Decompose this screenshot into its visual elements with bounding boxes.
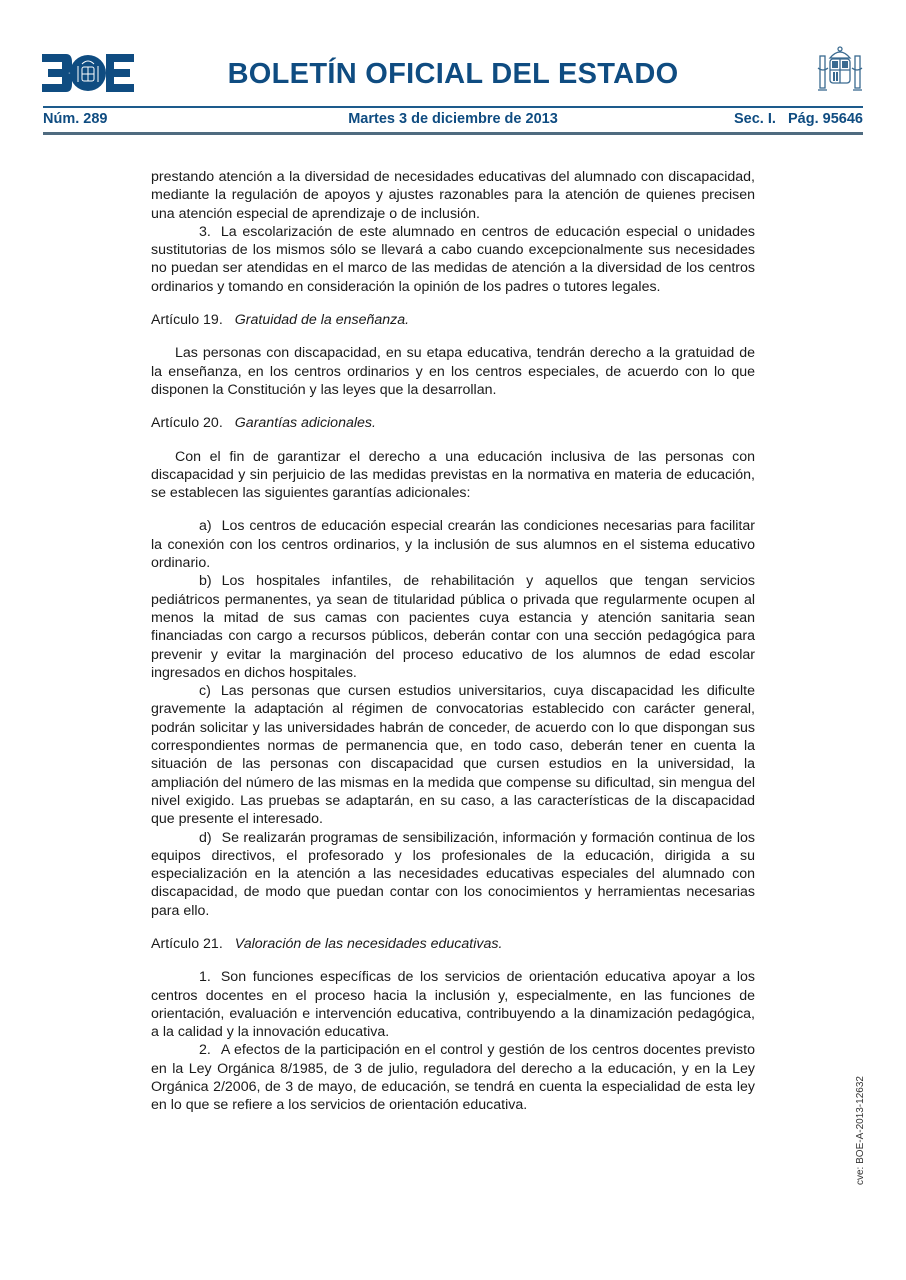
item-text: Son funciones específicas de los servici… — [151, 969, 755, 1040]
article-label: Artículo 20. — [151, 415, 223, 431]
item-label: d) — [175, 829, 212, 847]
item-text: Los hospitales infantiles, de rehabilita… — [151, 573, 755, 680]
list-item: a)Los centros de educación especial crea… — [151, 517, 755, 572]
page-title: BOLETÍN OFICIAL DEL ESTADO — [0, 58, 906, 91]
document-body: prestando atención a la diversidad de ne… — [151, 168, 755, 1115]
item-label: c) — [175, 682, 211, 700]
page-number: Pág. 95646 — [788, 111, 863, 127]
paragraph: Las personas con discapacidad, en su eta… — [151, 344, 755, 399]
article-heading-20: Artículo 20.Garantías adicionales. — [151, 414, 755, 432]
article-title: Garantías adicionales. — [235, 415, 376, 431]
cve-identifier: cve: BOE-A-2013-12632 — [855, 1076, 866, 1185]
section-page: Sec. I. Pág. 95646 — [734, 111, 863, 127]
item-label: a) — [175, 517, 212, 535]
paragraph: Con el fin de garantizar el derecho a un… — [151, 448, 755, 503]
item-text: Los centros de educación especial creará… — [151, 518, 755, 571]
item-text: A efectos de la participación en el cont… — [151, 1042, 755, 1113]
item-label: 1. — [175, 968, 211, 986]
article-heading-19: Artículo 19.Gratuidad de la enseñanza. — [151, 311, 755, 329]
item-label: b) — [175, 572, 212, 590]
header-rule-top — [43, 106, 863, 108]
list-item: 2.A efectos de la participación en el co… — [151, 1041, 755, 1114]
paragraph-text: La escolarización de este alumnado en ce… — [151, 224, 755, 295]
title-text: BOLETÍN OFICIAL DEL ESTADO — [228, 58, 679, 90]
list-item: b)Los hospitales infantiles, de rehabili… — [151, 572, 755, 682]
item-text: Las personas que cursen estudios univers… — [151, 683, 755, 827]
list-item: c)Las personas que cursen estudios unive… — [151, 682, 755, 828]
article-label: Artículo 19. — [151, 312, 223, 328]
document-header: BOLETÍN OFICIAL DEL ESTADO Núm. 289 Mart… — [0, 0, 906, 140]
coat-of-arms-icon — [815, 44, 865, 96]
paragraph-number: 3. — [175, 223, 211, 241]
paragraph: prestando atención a la diversidad de ne… — [151, 168, 755, 223]
article-title: Valoración de las necesidades educativas… — [235, 936, 503, 952]
item-text: Se realizarán programas de sensibilizaci… — [151, 830, 755, 919]
article-title: Gratuidad de la enseñanza. — [235, 312, 409, 328]
section-label: Sec. I. — [734, 111, 776, 127]
list-item: 1.Son funciones específicas de los servi… — [151, 968, 755, 1041]
article-heading-21: Artículo 21.Valoración de las necesidade… — [151, 935, 755, 953]
numbered-paragraph: 3.La escolarización de este alumnado en … — [151, 223, 755, 296]
article-label: Artículo 21. — [151, 936, 223, 952]
list-item: d)Se realizarán programas de sensibiliza… — [151, 829, 755, 920]
header-rule-bottom — [43, 132, 863, 135]
item-label: 2. — [175, 1041, 211, 1059]
